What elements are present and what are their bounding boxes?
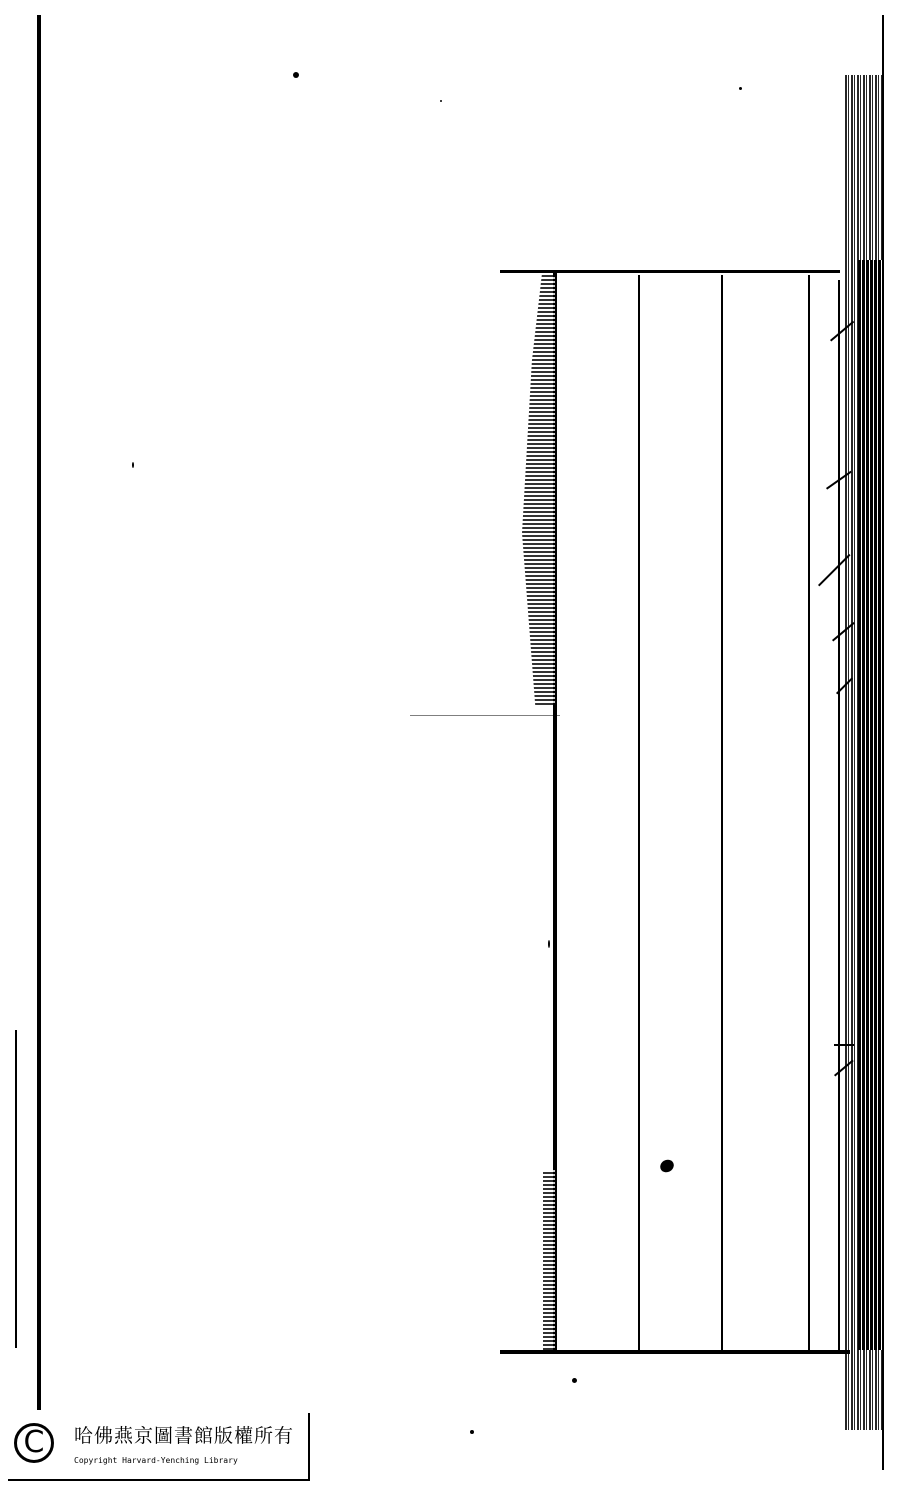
stamp-title: 哈佛燕京圖書館版權所有 — [74, 1421, 294, 1448]
margin-line — [15, 1030, 17, 1348]
page-right-border — [882, 15, 884, 1470]
frame-edge-shading — [543, 1170, 555, 1350]
frame-top-rule — [500, 270, 840, 273]
scan-speck — [658, 1157, 676, 1174]
scan-speck — [440, 100, 442, 102]
page-left-border — [37, 15, 41, 1410]
column-rule — [721, 275, 723, 1350]
scan-speck — [293, 72, 299, 78]
copyright-icon: C — [14, 1423, 54, 1463]
bound-edge-dark — [858, 260, 882, 1350]
scan-speck — [132, 462, 134, 468]
scan-dotted-line — [410, 715, 560, 716]
column-rule — [808, 275, 810, 1350]
scan-speck — [548, 940, 550, 948]
scan-speck — [470, 1430, 474, 1434]
column-rule — [638, 275, 640, 1350]
frame-edge-shading — [522, 275, 555, 705]
copyright-stamp: C 哈佛燕京圖書館版權所有 Copyright Harvard-Yenching… — [8, 1413, 310, 1481]
scan-speck — [739, 87, 742, 90]
scan-speck — [572, 1378, 577, 1383]
column-rule — [838, 280, 840, 1350]
glyph-stroke — [834, 1044, 854, 1046]
stamp-subtitle: Copyright Harvard-Yenching Library — [74, 1456, 238, 1465]
